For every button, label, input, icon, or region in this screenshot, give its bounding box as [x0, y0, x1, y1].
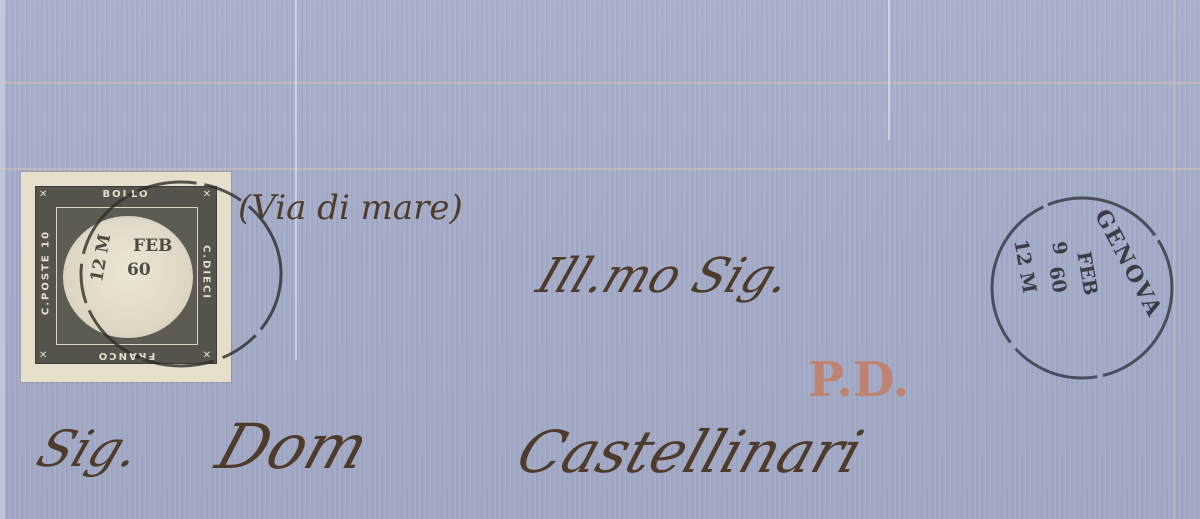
addressee-name: Castellinari [509, 418, 871, 486]
postmark-year: 60 [1045, 265, 1069, 295]
fold-line-vertical [295, 0, 297, 360]
paper-edge [0, 0, 5, 519]
star-icon: ✕ [39, 189, 49, 200]
addressee-prefix: Sig. [29, 420, 148, 478]
postal-cover: BOLLO FRANCO C.POSTE 10 C.DIECI ✕ ✕ ✕ ✕ … [0, 0, 1200, 519]
stamp-left-text: C.POSTE 10 [41, 203, 52, 343]
addressee-title: Dom [208, 410, 378, 483]
fold-line-horizontal [0, 168, 1200, 170]
fold-line-vertical [888, 0, 890, 140]
stamp: BOLLO FRANCO C.POSTE 10 C.DIECI ✕ ✕ ✕ ✕ … [21, 172, 231, 382]
fold-line-horizontal [0, 82, 1200, 84]
routing-note: (Via di mare) [238, 188, 463, 228]
pd-mark: P.D. [808, 352, 909, 408]
salutation: Ill.mo Sig. [530, 248, 799, 304]
star-icon: ✕ [39, 350, 49, 361]
